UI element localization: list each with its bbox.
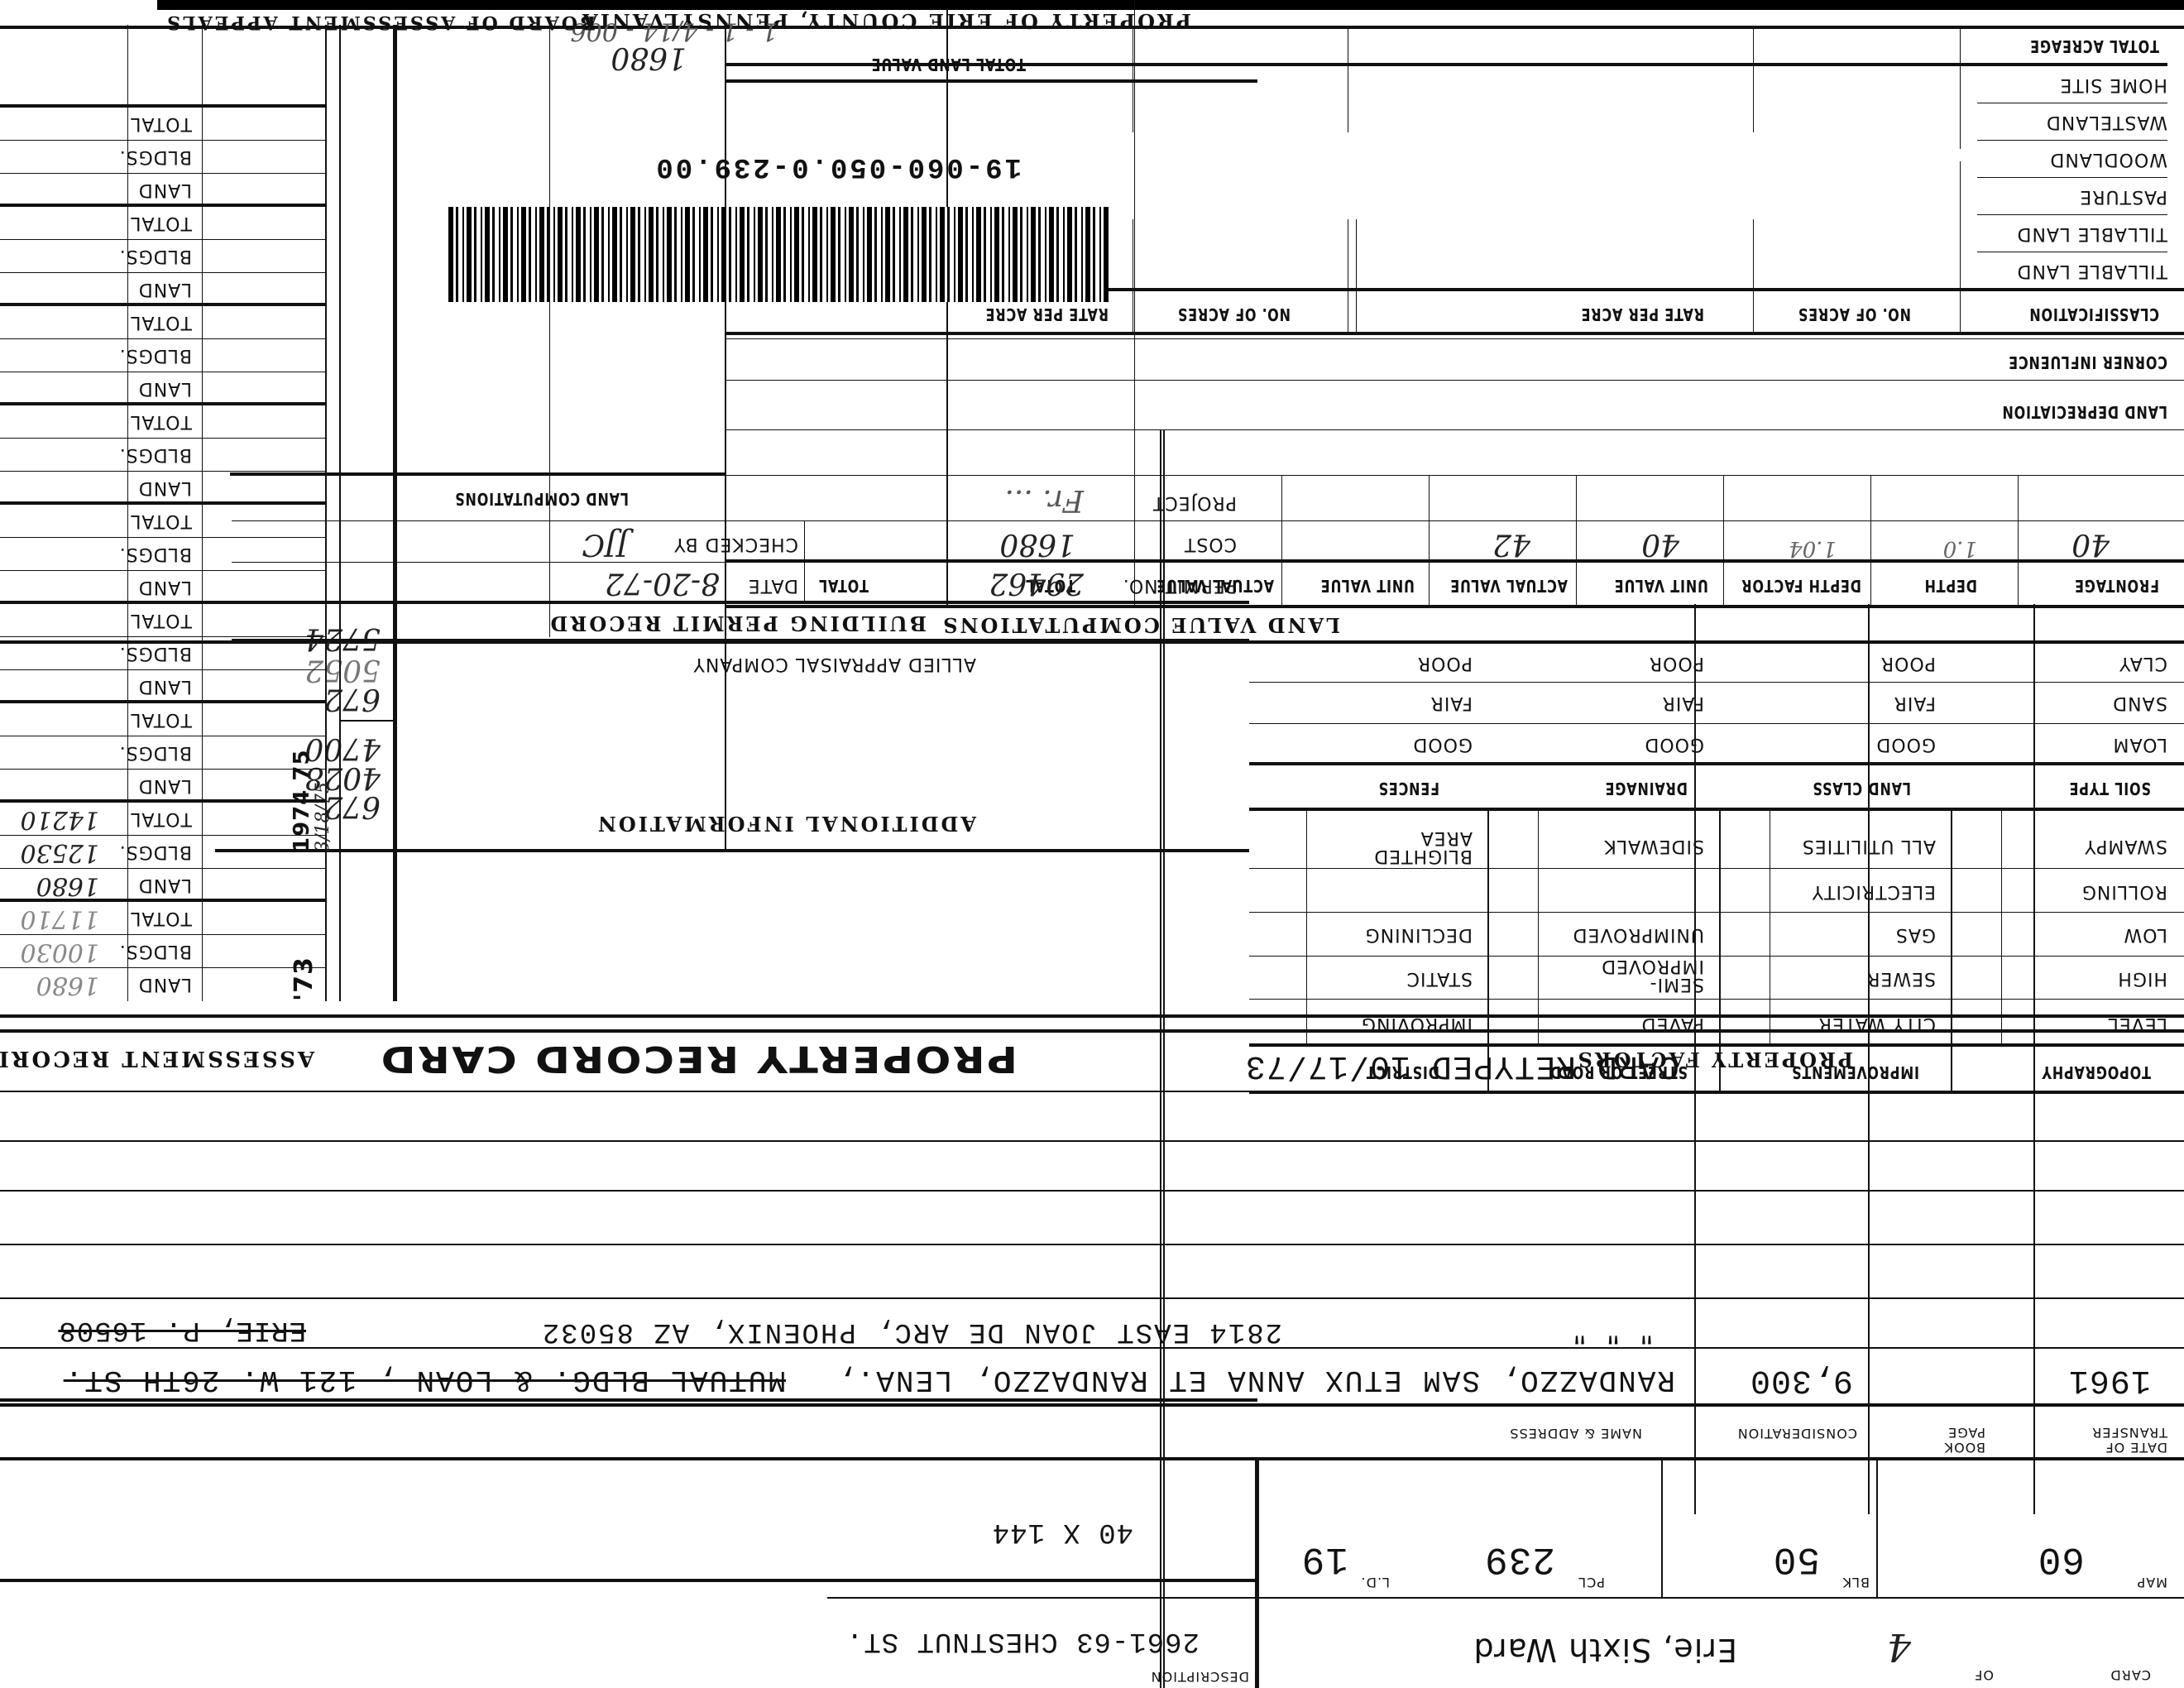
row-divider — [0, 835, 327, 836]
row-divider — [232, 520, 1249, 521]
column-divider — [1133, 219, 1133, 335]
column-divider — [1356, 219, 1357, 335]
district-static[interactable]: STATIC — [1406, 968, 1473, 989]
section-divider — [339, 25, 341, 1001]
total-value: 1680 — [999, 527, 1075, 561]
row-divider — [0, 239, 327, 240]
assessment-row-label: LAND — [138, 577, 192, 597]
divider — [1306, 811, 1307, 1047]
column-divider — [1753, 219, 1754, 335]
checked-by-label: CHECKED BY — [673, 534, 798, 554]
divider — [1249, 762, 2184, 765]
row-divider — [0, 799, 327, 803]
column-divider — [1348, 219, 1348, 335]
fences-poor[interactable]: POOR — [1417, 653, 1473, 674]
transfer-consideration: 9,300 — [1750, 1361, 1853, 1398]
col-depth-factor: DEPTH FACTOR — [1741, 576, 1861, 596]
assessment-value-total: 14210 — [21, 805, 99, 834]
divider — [0, 1457, 2184, 1460]
assessment-row-label: TOTAL — [130, 908, 192, 928]
topo-high[interactable]: HIGH — [2117, 968, 2167, 989]
row-divider — [1249, 999, 2184, 1000]
assessment-row-label: TOTAL — [130, 113, 192, 134]
pcl-value: 239 — [1484, 1537, 1555, 1580]
col-depth: DEPTH — [1924, 576, 1977, 596]
col-fences: FENCES — [1378, 779, 1439, 798]
row-divider — [1977, 252, 2167, 252]
assessment-value-bldgs: 10030 — [21, 938, 99, 966]
drainage-fair[interactable]: FAIR — [1662, 693, 1704, 713]
column-divider — [804, 521, 805, 604]
card-title: PROPERTY RECORD CARD — [379, 1038, 1018, 1080]
of-label: OF — [1974, 1667, 1994, 1683]
assessment-row-label: LAND — [138, 974, 192, 995]
row-divider — [1249, 912, 2184, 913]
impr-city-water[interactable]: CITY WATER — [1818, 1014, 1936, 1034]
row-divider — [1977, 140, 2167, 141]
divider — [1249, 808, 2184, 811]
row-divider — [1249, 723, 2184, 724]
col-unit-value-1: UNIT VALUE — [1614, 576, 1708, 596]
transfer-address: 2814 EAST JOAN DE ARC, PHOENIX, AZ 85032 — [541, 1316, 1282, 1347]
topo-low[interactable]: LOW — [2123, 924, 2167, 945]
col-street-or-road: STREET OR ROAD — [1549, 1062, 1688, 1082]
impr-sewer[interactable]: SEWER — [1866, 968, 1936, 989]
actual-value: 42 — [1492, 527, 1530, 561]
assessment-row-label: TOTAL — [130, 709, 192, 730]
assessment-row-label: BLDGS. — [119, 246, 192, 266]
col-drainage: DRAINAGE — [1605, 779, 1688, 798]
classification-label: CLASSIFICATION — [2029, 305, 2159, 324]
col-rate-per-acre-1: RATE PER ACRE — [1581, 305, 1704, 324]
class-home-site: HOME SITE — [2059, 74, 2167, 95]
row-divider — [726, 475, 2184, 476]
section-divider — [725, 25, 726, 852]
column-divider — [1960, 29, 1961, 149]
row-divider — [0, 303, 327, 306]
soil-sand[interactable]: SAND — [2112, 693, 2167, 713]
ld-label: L.D. — [1361, 1575, 1390, 1590]
row-divider — [1249, 868, 2184, 869]
assessment-row-label: TOTAL — [130, 808, 192, 829]
district-blighted-area[interactable]: BLIGHTED AREA — [1365, 828, 1473, 865]
row-divider — [0, 402, 327, 405]
divider — [1719, 811, 1721, 1094]
row-divider — [0, 736, 327, 736]
fences-good[interactable]: GOOD — [1412, 734, 1473, 755]
road-semi-improved[interactable]: SEMI-IMPROVED — [1605, 957, 1704, 993]
assessment-record-title: ASSESSMENT RECORD — [0, 1046, 314, 1071]
unit-value: 40 — [1641, 527, 1679, 561]
total-land-value: 1680 — [611, 41, 687, 74]
assessment-value-bldgs: 12530 — [21, 838, 99, 867]
col-land-class: LAND CLASS — [1813, 779, 1911, 798]
header-book-page: BOOK PAGE — [1911, 1425, 1985, 1455]
column-divider — [2033, 604, 2035, 1514]
row-divider — [0, 1140, 2184, 1142]
impr-all-utilities[interactable]: ALL UTILITIES — [1802, 836, 1936, 856]
assessment-value-total: 11710 — [21, 904, 99, 933]
class-tillable-land-2: TILLABLE LAND — [2017, 223, 2167, 244]
row-divider — [0, 1244, 2184, 1245]
col-no-of-acres-2: NO. OF ACRES — [1177, 305, 1291, 324]
total-acreage-label: TOTAL ACREAGE — [2029, 36, 2159, 56]
soil-loam[interactable]: LOAM — [2113, 734, 2167, 755]
divider — [1487, 811, 1489, 1094]
row-divider — [0, 868, 327, 869]
cost-label: COST — [1184, 534, 1237, 554]
row-divider — [726, 429, 2184, 430]
row-divider — [1249, 956, 2184, 957]
column-divider — [1753, 29, 1754, 132]
drainage-good[interactable]: GOOD — [1644, 734, 1704, 755]
assessment-row-label: LAND — [138, 676, 192, 697]
permit-no-label: PERMIT NO. — [1123, 575, 1237, 596]
land-depreciation-label: LAND DEPRECIATION — [2002, 402, 2167, 422]
card-mark: 4 — [1887, 1625, 1911, 1670]
divider — [230, 472, 726, 476]
assessment-row-label: LAND — [138, 279, 192, 300]
assessment-row-label: TOTAL — [130, 511, 192, 531]
column-divider — [1281, 476, 1282, 608]
land-computations-title: LAND COMPUTATIONS — [454, 489, 629, 509]
column-divider — [1868, 604, 1870, 1514]
header-consideration: CONSIDERATION — [1737, 1426, 1857, 1441]
col-rate-per-acre-2: RATE PER ACRE — [985, 305, 1109, 324]
barcode-number: 19-060-050.0-239.00 — [654, 151, 1022, 182]
col-topography: TOPOGRAPHY — [2042, 1062, 2151, 1082]
transfer-date: 1961 — [2068, 1361, 2151, 1398]
row-divider — [0, 601, 327, 604]
assessment-row-label: BLDGS. — [119, 941, 192, 961]
divider — [726, 332, 2184, 335]
divider — [1661, 1460, 1663, 1599]
column-divider — [202, 25, 203, 1001]
row-divider — [1977, 177, 2167, 178]
divider — [827, 1597, 2184, 1599]
class-pasture: PASTURE — [2079, 186, 2167, 207]
col-soil-type: SOIL TYPE — [2069, 779, 2151, 798]
class-woodland: WOODLAND — [2049, 149, 2167, 170]
fences-fair[interactable]: FAIR — [1430, 693, 1473, 713]
row-divider — [0, 272, 327, 273]
row-divider — [0, 173, 327, 174]
row-divider — [0, 104, 327, 108]
additional-info-title: ADDITIONAL INFORMATION — [596, 812, 976, 836]
assessment-row-label: TOTAL — [130, 411, 192, 432]
col-total-2: TOTAL — [818, 576, 869, 596]
divider — [215, 849, 1249, 852]
divider — [0, 1579, 1257, 1582]
divider — [232, 601, 1249, 604]
impr-gas[interactable]: GAS — [1895, 924, 1936, 945]
assessment-note: 3/18/75 — [313, 782, 333, 852]
row-divider — [0, 1297, 2184, 1299]
column-divider — [1348, 29, 1348, 132]
divider — [1538, 811, 1539, 1047]
row-divider — [0, 669, 327, 670]
row-divider — [0, 700, 327, 703]
date-label: DATE — [748, 575, 798, 596]
road-unimproved[interactable]: UNIMPROVED — [1573, 924, 1704, 945]
col-district: DISTRICT — [1366, 1062, 1439, 1082]
divider — [1255, 1460, 1259, 1688]
assessment-row-label: BLDGS. — [119, 842, 192, 862]
row-divider — [0, 1347, 2184, 1349]
header-date-of-transfer: DATE OF TRANSFER — [2043, 1425, 2167, 1455]
road-sidewalk[interactable]: SIDEWALK — [1603, 836, 1704, 856]
permit-no-value[interactable]: 29462 — [989, 566, 1084, 600]
column-divider — [1960, 161, 1961, 335]
col-improvements: IMPROVEMENTS — [1791, 1062, 1919, 1082]
ward-value: Erie, Sixth Ward — [1473, 1632, 1737, 1668]
divider — [726, 605, 2184, 608]
column-divider — [549, 25, 550, 637]
row-divider — [0, 570, 327, 571]
description-label: DESCRIPTION — [1151, 1669, 1249, 1685]
board-of-assessment-appeals-title: BOARD OF ASSESSMENT APPEALS — [165, 12, 596, 33]
class-wasteland: WASTELAND — [2046, 112, 2167, 132]
row-divider — [0, 967, 327, 968]
assessment-row-label: LAND — [138, 875, 192, 895]
map-value: 60 — [2038, 1537, 2085, 1580]
transfer-old-address-struck: ERIE, P. 16508 — [58, 1314, 306, 1345]
row-divider — [1977, 103, 2167, 103]
assessment-row-label: LAND — [138, 477, 192, 498]
ditto-marks: " " " — [1571, 1316, 1655, 1347]
col-actual-value-1: ACTUAL VALUE — [1449, 576, 1568, 596]
divider — [2001, 811, 2002, 1047]
assessment-row-label: TOTAL — [130, 610, 192, 631]
row-divider — [0, 372, 327, 372]
pcl-label: PCL — [1578, 1575, 1605, 1590]
row-divider — [0, 1190, 2184, 1192]
frontage-value: 40 — [2071, 527, 2110, 561]
depth-factor-value: 1.04 — [1789, 536, 1837, 561]
divider — [0, 1403, 2184, 1407]
header-name-address: NAME & ADDRESS — [1509, 1426, 1642, 1441]
map-label: MAP — [2137, 1575, 2167, 1590]
landclass-poor[interactable]: POOR — [1880, 653, 1936, 674]
row-divider — [0, 438, 327, 439]
row-divider — [0, 471, 327, 472]
depth-value: 1.0 — [1943, 536, 1977, 561]
figure-4: 672 — [323, 682, 381, 716]
blk-value: 50 — [1773, 1537, 1820, 1580]
divider — [0, 1398, 1257, 1402]
column-divider — [2018, 476, 2019, 608]
class-tillable-land-1: TILLABLE LAND — [2017, 261, 2167, 281]
assessment-row-label: LAND — [138, 775, 192, 796]
column-divider — [1429, 476, 1430, 608]
date-value[interactable]: 8-20-72 — [605, 566, 720, 600]
assessment-row-label: LAND — [138, 378, 192, 399]
divider — [1770, 811, 1770, 1047]
assessment-row-label: BLDGS. — [119, 444, 192, 465]
section-divider — [325, 25, 327, 1001]
project-label: PROJECT — [1152, 492, 1237, 513]
impr-electricity[interactable]: ELECTRICITY — [1812, 881, 1936, 902]
project-value[interactable]: Fr. ... — [1005, 483, 1084, 517]
row-divider — [726, 380, 2184, 381]
district-improving[interactable]: IMPROVING — [1361, 1014, 1473, 1034]
description-value: 2661-63 CHESTNUT ST. — [845, 1625, 1200, 1657]
topo-rolling[interactable]: ROLLING — [2081, 881, 2167, 902]
divider — [1876, 1460, 1878, 1599]
assessment-row-label: BLDGS. — [119, 544, 192, 564]
lot-size: 40 X 144 — [992, 1516, 1133, 1547]
figure-3: 4700 — [304, 731, 381, 765]
ld-value: 19 — [1301, 1537, 1348, 1580]
barcode-icon — [447, 207, 1109, 302]
transfer-name: RANDAZZO, SAM ETUX ANNA ET RANDAZZO, LEN… — [836, 1363, 1675, 1397]
row-divider — [0, 769, 327, 770]
topo-level[interactable]: LEVEL — [2108, 1014, 2167, 1034]
divider — [1249, 1043, 2184, 1047]
row-divider — [0, 537, 327, 538]
column-divider — [1723, 476, 1724, 608]
total-land-value-label: TOTAL LAND VALUE — [871, 55, 1026, 74]
corner-influence-label: CORNER INFLUENCE — [2008, 352, 2167, 372]
assessment-year-73: '73 — [290, 957, 318, 1001]
col-unit-value-2: UNIT VALUE — [1320, 576, 1415, 596]
blk-label: BLK — [1842, 1575, 1870, 1590]
row-divider — [232, 562, 1249, 563]
row-divider — [0, 501, 327, 505]
divider — [232, 639, 1249, 642]
row-divider — [1249, 682, 2184, 683]
assessment-value-land: 1680 — [36, 871, 99, 900]
section-divider — [393, 25, 397, 1001]
building-permit-title: BUILDING PERMIT RECORD — [548, 611, 927, 635]
appraisal-company: ALLIED APPRAISAL COMPANY — [692, 654, 976, 674]
assessment-row-label: BLDGS. — [119, 742, 192, 763]
assessment-row-label: BLDGS. — [119, 146, 192, 167]
district-declining[interactable]: DECLINING — [1365, 924, 1473, 945]
row-divider — [0, 204, 327, 207]
property-record-card: CARD OF 4 Erie, Sixth Ward DESCRIPTION 2… — [0, 0, 2184, 1688]
divider — [1951, 811, 1952, 1094]
row-divider — [0, 636, 327, 637]
column-divider — [946, 8, 948, 608]
assessment-row-label: BLDGS. — [119, 643, 192, 664]
column-divider — [1870, 476, 1871, 608]
assessment-row-label: LAND — [138, 180, 192, 200]
drainage-poor[interactable]: POOR — [1649, 653, 1704, 674]
road-paved[interactable]: PAVED — [1641, 1014, 1704, 1034]
handwritten-reference: 1 - 1 - 4/14 - 006 — [571, 17, 778, 46]
col-frontage: FRONTAGE — [2074, 576, 2159, 596]
landclass-fair[interactable]: FAIR — [1894, 693, 1936, 713]
land-value-title: LAND VALUE COMPUTATIONS — [941, 613, 1340, 637]
assessment-row-label: TOTAL — [130, 213, 192, 233]
assessment-value-land: 1680 — [36, 971, 99, 1000]
soil-clay[interactable]: CLAY — [2119, 653, 2167, 674]
divider — [339, 720, 397, 722]
checked-by-value[interactable]: JJC — [582, 527, 629, 561]
row-divider — [1977, 214, 2167, 215]
landclass-good[interactable]: GOOD — [1875, 734, 1936, 755]
column-divider — [1134, 0, 1135, 608]
divider — [726, 79, 1257, 83]
row-divider — [726, 338, 2184, 339]
topo-swampy[interactable]: SWAMPY — [2084, 836, 2167, 856]
assessment-row-label: BLDGS. — [119, 345, 192, 366]
row-divider — [0, 140, 327, 141]
column-divider — [1576, 476, 1577, 608]
row-divider — [0, 934, 327, 935]
card-label: CARD — [2110, 1667, 2151, 1683]
col-no-of-acres-1: NO. OF ACRES — [1798, 305, 1911, 324]
divider — [1249, 1091, 2184, 1094]
assessment-row-label: TOTAL — [130, 312, 192, 333]
row-divider — [0, 338, 327, 339]
transfer-address-struck: MUTUAL BLDG. & LOAN , 121 W. 26TH ST. — [64, 1363, 786, 1397]
